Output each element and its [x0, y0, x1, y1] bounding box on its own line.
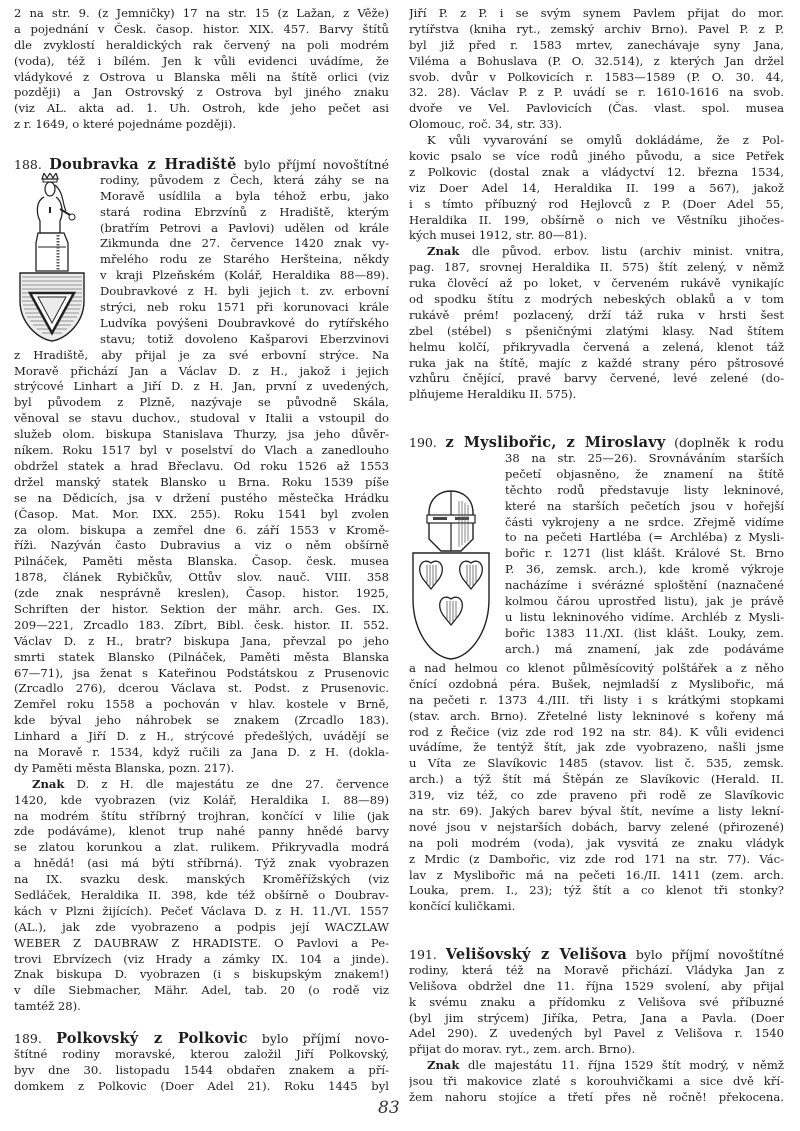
text-line: stará rodina Ebrzvínů z Hradiště, kterým: [100, 205, 389, 221]
text-line: Linhard a Jiří D. z H., strýcové předešl…: [14, 729, 389, 745]
entry-heading: 191. Velišovský z Velišova bylo příjmí n…: [409, 947, 784, 963]
entry-190: 190. z Myslibořic, z Miroslavy (doplněk …: [409, 435, 784, 915]
entry-189-continued: Jiří P. z P. i se svým synem Pavlem přij…: [409, 6, 784, 133]
text-line: Doubravkové z H. byli jejich t. zv. erbo…: [100, 284, 389, 300]
text-line: (byl jim strýcem) Jiříka, Petra, Jana a …: [409, 1011, 784, 1027]
text-line: na Moravě r. 1534, když ručili za Jana D…: [14, 745, 389, 761]
znak-first-line: Znak dle původ. erbov. listu (archiv min…: [409, 244, 784, 260]
text-line: P. 36, zemsk. arch.), kde kromě výkroje: [505, 562, 784, 578]
text-line: rodiny, původem z Čech, která záhy se na: [100, 173, 389, 189]
znak-first-line: Znak D. z H. dle majestátu ze dne 27. če…: [14, 777, 389, 793]
text-line: arch.) má znamení, jak zde podáváme: [505, 642, 784, 658]
entry-number: 191.: [409, 947, 437, 962]
text-line: bořic r. 1271 (list klášt. Králové St. B…: [505, 546, 784, 562]
text-line: z Polkovic (dostal znak a vládyctví 12. …: [409, 165, 784, 181]
spacer: [14, 1015, 389, 1031]
entry-title: Doubravka z Hradiště: [49, 157, 236, 173]
entry-188-znak-paragraph: Znak D. z H. dle majestátu ze dne 27. če…: [14, 777, 389, 1015]
text-line: později) a Jan Ostrovský z Ostrova byl j…: [14, 85, 389, 101]
entry-number: 190.: [409, 435, 437, 450]
text-line: Louka, prem. I., 23); týž štít a co klen…: [409, 883, 784, 899]
entry-title-rest: (doplněk k rodu: [674, 435, 784, 450]
text-line: Moravě usídlila a byla téhož erbu, jako: [100, 189, 389, 205]
entry-number: 189.: [14, 1031, 42, 1046]
entry-title: Polkovský z Polkovic: [56, 1031, 248, 1047]
text-line: k svému znaku a přídomku z Velišova své …: [409, 995, 784, 1011]
text-line: byl již před r. 1583 mrtev, zanechávaje …: [409, 38, 784, 54]
text-line: držel manský statek Blansko u Brna. Roku…: [14, 475, 389, 491]
coat-of-arms-doubravka-figure: [14, 173, 92, 348]
spacer: [409, 915, 784, 931]
entry-188: 188. Doubravka z Hradiště bylo příjmí no…: [14, 157, 389, 1015]
text-line: 67—71), jsa ženat s Kateřinou Podstátsko…: [14, 666, 389, 682]
entry-190-wrapped-text: 38 na str. 25—26). Srovnáváním staršíchp…: [505, 451, 784, 661]
znak-label: Znak: [32, 777, 64, 791]
text-line: (viz AL. akta ad. 1. Uh. Ostroh, kde jeh…: [14, 101, 389, 117]
spacer: [409, 931, 784, 947]
entry-heading: 190. z Myslibořic, z Miroslavy (doplněk …: [409, 435, 784, 451]
entry-191: 191. Velišovský z Velišova bylo příjmí n…: [409, 947, 784, 1106]
text-line: za olom. biskupa a zemřel dne 6. září 15…: [14, 523, 389, 539]
spacer: [14, 133, 389, 149]
text-line: končící kuličkami.: [409, 899, 784, 915]
text-line: na modrém štítu stříbrný trojhran, končí…: [14, 809, 389, 825]
text-line: u listu lekninového vidíme. Archléb z My…: [505, 610, 784, 626]
text-line: dle zvyklostí heraldických rak červený n…: [14, 38, 389, 54]
maiden-shield-icon: [14, 173, 92, 343]
text-line: Znak biskupa D. vyobrazen (i s biskupský…: [14, 967, 389, 983]
text-line: čnící ozdobná péra. Bušek, nejmladší z M…: [409, 677, 784, 693]
text-line: WEBER Z DAUBRAW Z HRADISTE. O Pavlovi a …: [14, 936, 389, 952]
text-line: nové jsou v nejstarších dobách, barvy ze…: [409, 820, 784, 836]
text-line: Adel 290). Z uvedených byl Pavel z Veliš…: [409, 1026, 784, 1042]
text-line: (stav. arch. Brno). Zřetelné listy lekni…: [409, 709, 784, 725]
text-line: kovic psalo se více rodů jiného původu, …: [409, 149, 784, 165]
entry-190-figure-block: 38 na str. 25—26). Srovnáváním staršíchp…: [409, 451, 784, 661]
znak-label: Znak: [427, 244, 459, 258]
znak-first-rest: dle majestátu 11. října 1529 štít modrý,…: [468, 1058, 784, 1072]
text-line: vládykové z Ostrova u Blanska měli na št…: [14, 70, 389, 86]
text-line: Schriften der histor. Sektion der mähr. …: [14, 602, 389, 618]
page-number: 83: [378, 1098, 400, 1118]
text-line: Sedláček, Heraldika II. 398, kde též obš…: [14, 888, 389, 904]
text-line: rytířstva (kniha ryt., zemský archiv Brn…: [409, 22, 784, 38]
text-line: trovi Ebrvízech (viz Hrady a zámky IX. 1…: [14, 952, 389, 968]
text-line: Olomouc, roč. 34, str. 33).: [409, 117, 784, 133]
entry-189-znak-text: pag. 187, srovnej Heraldika II. 575) ští…: [409, 260, 784, 403]
spacer: [409, 419, 784, 435]
text-line: strýcové Linhart a Jiří D. z H. Jan, prv…: [14, 379, 389, 395]
text-line: níkem. Roku 1517 byl v poselství do Vlac…: [14, 443, 389, 459]
text-line: přijat do morav. ryt., zem. arch. Brno).: [409, 1042, 784, 1058]
text-line: Moravě přichází Jan a Václav D. z H., ja…: [14, 364, 389, 380]
entry-title: z Myslibořic, z Miroslavy: [446, 435, 666, 451]
text-line: služeb olom. biskupa Stanislava Thurzy, …: [14, 427, 389, 443]
right-column: Jiří P. z P. i se svým synem Pavlem přij…: [409, 6, 784, 1106]
text-line: jsou tři makovice zlaté s korouhvičkami …: [409, 1074, 784, 1090]
text-line: Ludvíka povýšeni Doubravkové do rytířské…: [100, 316, 389, 332]
text-line: těchto rodů představuje listy lekninové,: [505, 483, 784, 499]
text-line: svob. dvůr v Polkovicích r. 1583—1589 (P…: [409, 70, 784, 86]
text-line: a hnědá! (asi má býti stříbrná). Týž zna…: [14, 856, 389, 872]
text-line: nacházíme i svérázné sploštění (naznačen…: [505, 578, 784, 594]
text-line: (AL.), jak zde vyobrazeno a podpis její …: [14, 920, 389, 936]
entry-heading: 189. Polkovský z Polkovic bylo příjmí no…: [14, 1031, 389, 1047]
text-line: z Mrdic (z Dambořic, viz zde rod 171 na …: [409, 852, 784, 868]
text-line: dvoře ve Vel. Pavlovicích (Čas. vlast. s…: [409, 101, 784, 117]
entry-191-text: rodiny, která též na Moravě přichází. Vl…: [409, 963, 784, 1058]
text-line: smrti statek Blansko (Pilnáček, Paměti m…: [14, 650, 389, 666]
text-line: žem nahoru stojíce a třetí přes ně ročně…: [409, 1090, 784, 1106]
entry-189: 189. Polkovský z Polkovic bylo příjmí no…: [14, 1031, 389, 1095]
text-line: K vůli vyvarování se omylů dokládáme, že…: [409, 133, 784, 149]
spacer: [409, 403, 784, 419]
text-line: na poli modrém (voda), jak vysvitá ze zn…: [409, 836, 784, 852]
text-line: 1420, kde vyobrazen (viz Kolář, Heraldik…: [14, 793, 389, 809]
text-line: plňujeme Heraldiku II. 575).: [409, 387, 784, 403]
entry-title-rest: bylo příjmí novoštítné: [636, 947, 784, 962]
text-line: ruka člověcí až po loket, v červeném ruk…: [409, 276, 784, 292]
text-line: u Víta ze Slavíkovic 1485 (stavov. list …: [409, 756, 784, 772]
text-line: helmu kolčí, přikryvadla červená a zelen…: [409, 340, 784, 356]
text-line: Václav D. z H., bratr? biskupa Jana, pře…: [14, 634, 389, 650]
text-line: uvádíme, že tentýž štít, jak zde vyobraz…: [409, 740, 784, 756]
text-line: 1878, článek Rybičkův, Ottův slov. nauč.…: [14, 570, 389, 586]
text-line: kách v Plzni žijících). Pečeť Václava D.…: [14, 904, 389, 920]
text-line: pag. 187, srovnej Heraldika II. 575) ští…: [409, 260, 784, 276]
text-line: rukávě prém! pozlacený, drží táž ruka v …: [409, 308, 784, 324]
text-line: na str. 69). Jakých barev býval štít, ne…: [409, 804, 784, 820]
text-line: kolmou čárou uprostřed listu), jak je pr…: [505, 594, 784, 610]
text-line: 2 na str. 9. (z Jemničky) 17 na str. 15 …: [14, 6, 389, 22]
entry-title: Velišovský z Velišova: [446, 947, 627, 963]
text-line: rod z Řečice (viz zde rod 192 na str. 84…: [409, 725, 784, 741]
text-line: říži. Nazýván často Dubravius a viz o ně…: [14, 538, 389, 554]
entry-188-znak-text: 1420, kde vyobrazen (viz Kolář, Heraldik…: [14, 793, 389, 1015]
entry-189-paragraph-2: K vůli vyvarování se omylů dokládáme, že…: [409, 133, 784, 244]
text-line: lav z Myslibořic má na pečeti 16./II. 14…: [409, 868, 784, 884]
entry-188-figure-block: rodiny, původem z Čech, která záhy se na…: [14, 173, 389, 348]
text-line: (bratřím Petrovi a Pavlovi) udělen od kr…: [100, 221, 389, 237]
text-line: stavu; totiž dovoleno Kašparovi Eberzvin…: [100, 332, 389, 348]
entry-189-text: štítné rodiny moravské, kterou založil J…: [14, 1047, 389, 1095]
helmet-shield-icon: [409, 489, 493, 661]
intro-paragraph: 2 na str. 9. (z Jemničky) 17 na str. 15 …: [14, 6, 389, 133]
text-line: na IX. svazku desk. manských Kroměřížský…: [14, 872, 389, 888]
text-line: kde býval jeho náhrobek se znakem (Zrcad…: [14, 713, 389, 729]
text-line: domkem z Polkovic (Doer Adel 21). Roku 1…: [14, 1079, 389, 1095]
text-line: Pilnáček, Paměti města Blanska. Časop. č…: [14, 554, 389, 570]
text-line: tamtéž 28).: [14, 999, 389, 1015]
text-line: 38 na str. 25—26). Srovnáváním starších: [505, 451, 784, 467]
text-line: viz Doer Adel 14, Heraldika II. 199 a 56…: [409, 181, 784, 197]
text-line: Zemřel roku 1558 a pochován v hlav. kost…: [14, 697, 389, 713]
text-line: a pojednání v Česk. časop. histor. XIX. …: [14, 22, 389, 38]
text-line: rodiny, která též na Moravě přichází. Vl…: [409, 963, 784, 979]
znak-label: Znak: [427, 1058, 459, 1072]
entry-heading: 188. Doubravka z Hradiště bylo příjmí no…: [14, 157, 389, 173]
text-line: (Časop. Mat. Mor. IXX. 255). Roku 1541 b…: [14, 507, 389, 523]
entry-title-rest: bylo příjmí novoštítné: [244, 157, 389, 172]
text-line: na pečeti r. 1373 4./III. tři listy i s …: [409, 693, 784, 709]
spacer: [14, 149, 389, 157]
entry-188-text: z Hradiště, aby přijal je za své erbovní…: [14, 348, 389, 777]
entry-number: 188.: [14, 157, 42, 172]
text-line: (voda), též i bílém. Jen k vůli evidenci…: [14, 54, 389, 70]
znak-first-line: Znak dle majestátu 11. října 1529 štít m…: [409, 1058, 784, 1074]
text-line: a nad helmou co klenot půlměsícovitý pol…: [409, 661, 784, 677]
text-line: 209—221, Zrcadlo 183. Zíbrt, Bibl. česk.…: [14, 618, 389, 634]
text-line: dy Paměti města Blanska, pozn. 217).: [14, 761, 389, 777]
text-line: obdržel statek a hrad Břeclavu. Od roku …: [14, 459, 389, 475]
coat-of-arms-mysliboric-figure: [409, 451, 493, 661]
text-line: věnoval se stavu duchov., studoval v Ita…: [14, 411, 389, 427]
left-column: 2 na str. 9. (z Jemničky) 17 na str. 15 …: [14, 6, 389, 1095]
text-line: kých musei 1912, str. 80—81).: [409, 228, 784, 244]
text-line: to na pečeti Hartléba (= Archléba) z Mys…: [505, 530, 784, 546]
znak-first-rest: dle původ. erbov. listu (archiv minist. …: [472, 244, 784, 258]
text-line: byv dne 30. listopadu 1544 obdařen znake…: [14, 1063, 389, 1079]
entry-191-znak-paragraph: Znak dle majestátu 11. října 1529 štít m…: [409, 1058, 784, 1106]
text-line: od spodku štítu z modrých nebeských obla…: [409, 292, 784, 308]
text-line: byl původem z Plzně, nazývaje se původně…: [14, 395, 389, 411]
text-line: ruka jak na štítě, majíc z každé strany …: [409, 356, 784, 372]
entry-188-wrapped-text: rodiny, původem z Čech, která záhy se na…: [100, 173, 389, 348]
text-line: 319, viz též, co zde praveno při rodě ze…: [409, 788, 784, 804]
entry-190-text: a nad helmou co klenot půlměsícovitý pol…: [409, 661, 784, 915]
text-line: které na starších pečetích jsou v hořejš…: [505, 499, 784, 515]
text-line: se zlatou korunkou a zlat. rulikem. Přik…: [14, 840, 389, 856]
entry-191-znak-text: jsou tři makovice zlaté s korouhvičkami …: [409, 1074, 784, 1106]
text-line: (zde znak nesprávně kreslen), Časop. his…: [14, 586, 389, 602]
text-line: v kraji Plzeňském (Kolář, Heraldika 88—8…: [100, 268, 389, 284]
text-line: bořic 1383 11./XI. (list klášt. Louky, z…: [505, 626, 784, 642]
text-line: zde podáváme), klenot trup nahé panny hn…: [14, 824, 389, 840]
text-line: Heraldika II. 199, obšírně o nich ve Věs…: [409, 213, 784, 229]
text-line: Viléma a Bohuslava (P. O. 32.514), z kte…: [409, 54, 784, 70]
text-line: (Zrcadlo 276), dcerou Václava st. Podst.…: [14, 681, 389, 697]
text-line: mřelého rodu ze Starého Heršteina, někdy: [100, 252, 389, 268]
text-line: zbel (stébel) s pšeničnými zlatými klasy…: [409, 324, 784, 340]
text-line: Zikmunda dne 27. července 1420 znak vy-: [100, 236, 389, 252]
text-line: z Hradiště, aby přijal je za své erbovní…: [14, 348, 389, 364]
text-line: z r. 1649, o které pojednáme později).: [14, 117, 389, 133]
text-line: Velišova obdržel dne 11. října 1529 svol…: [409, 979, 784, 995]
text-line: 32. 28). Václav P. z P. uvádí se r. 1610…: [409, 85, 784, 101]
text-line: v díle Siebmacher, Mähr. Adel, tab. 20 (…: [14, 983, 389, 999]
text-line: štítné rodiny moravské, kterou založil J…: [14, 1047, 389, 1063]
entry-title-rest: bylo příjmí novo-: [262, 1031, 389, 1046]
text-line: Jiří P. z P. i se svým synem Pavlem přij…: [409, 6, 784, 22]
text-line: i s tímto příbuzný rod Hejlovců z P. (Do…: [409, 197, 784, 213]
text-line: strýci, neb roku 1571 při korunovaci krá…: [100, 300, 389, 316]
text-line: části vykrojeny a ne srdce. Zřejmě vidím…: [505, 515, 784, 531]
text-line: vzhůru čnějící, pravé barvy červené, lev…: [409, 371, 784, 387]
text-line: pečetí objasněno, že znamení na štítě: [505, 467, 784, 483]
text-line: arch.) a týž štít má Štěpán ze Slavíkovi…: [409, 772, 784, 788]
entry-189-znak-paragraph: Znak dle původ. erbov. listu (archiv min…: [409, 244, 784, 403]
znak-first-rest: D. z H. dle majestátu ze dne 27. červenc…: [77, 777, 389, 791]
text-line: se na Dědicích, jsa v držení pustého měs…: [14, 491, 389, 507]
